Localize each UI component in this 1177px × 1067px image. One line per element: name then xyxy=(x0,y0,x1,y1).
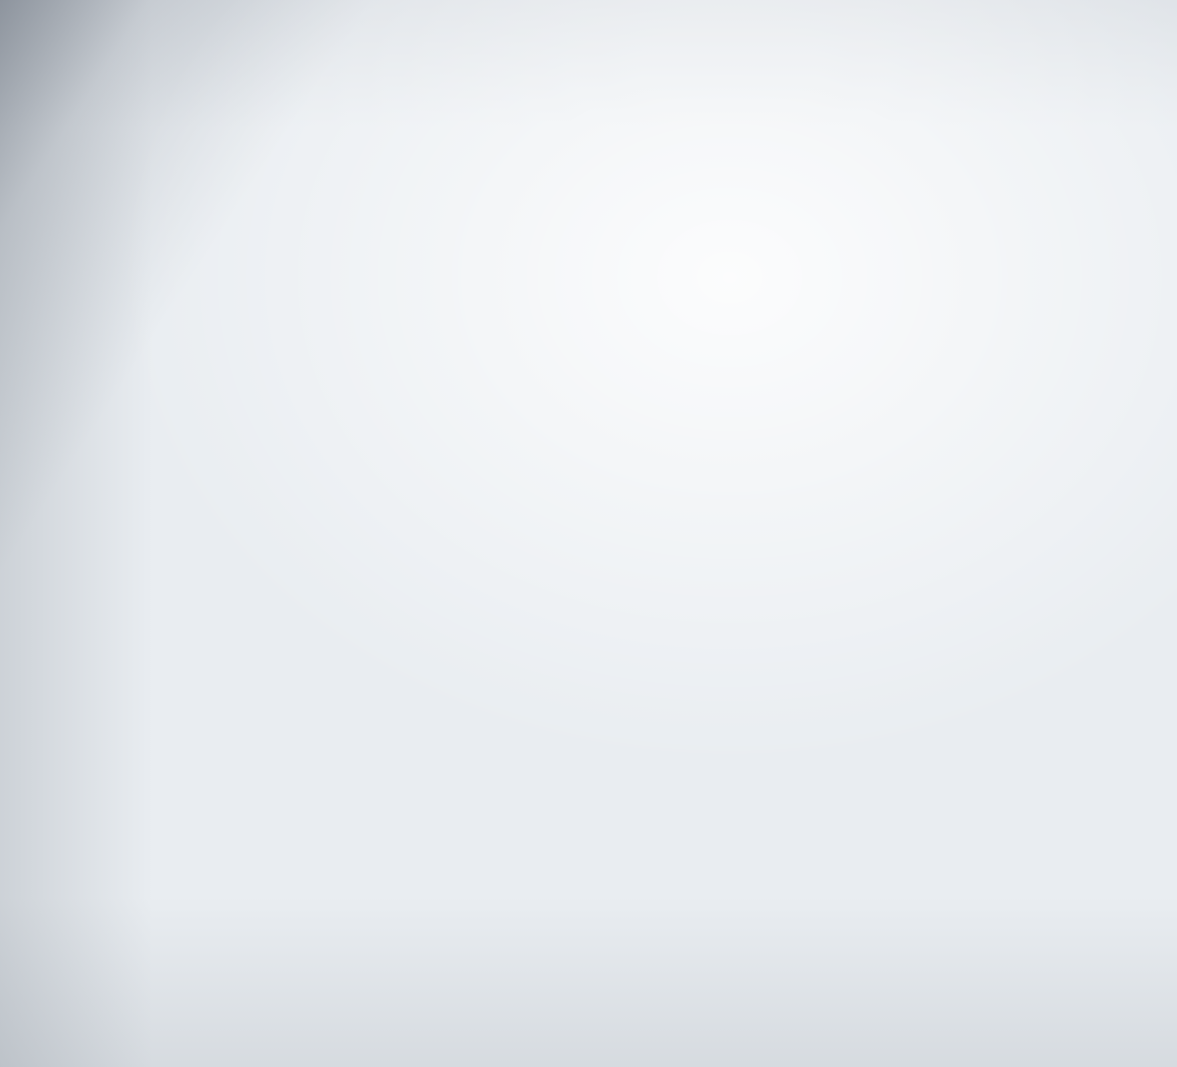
answer-sheet-paper xyxy=(0,0,1177,1067)
photo-canvas xyxy=(0,0,1177,1067)
